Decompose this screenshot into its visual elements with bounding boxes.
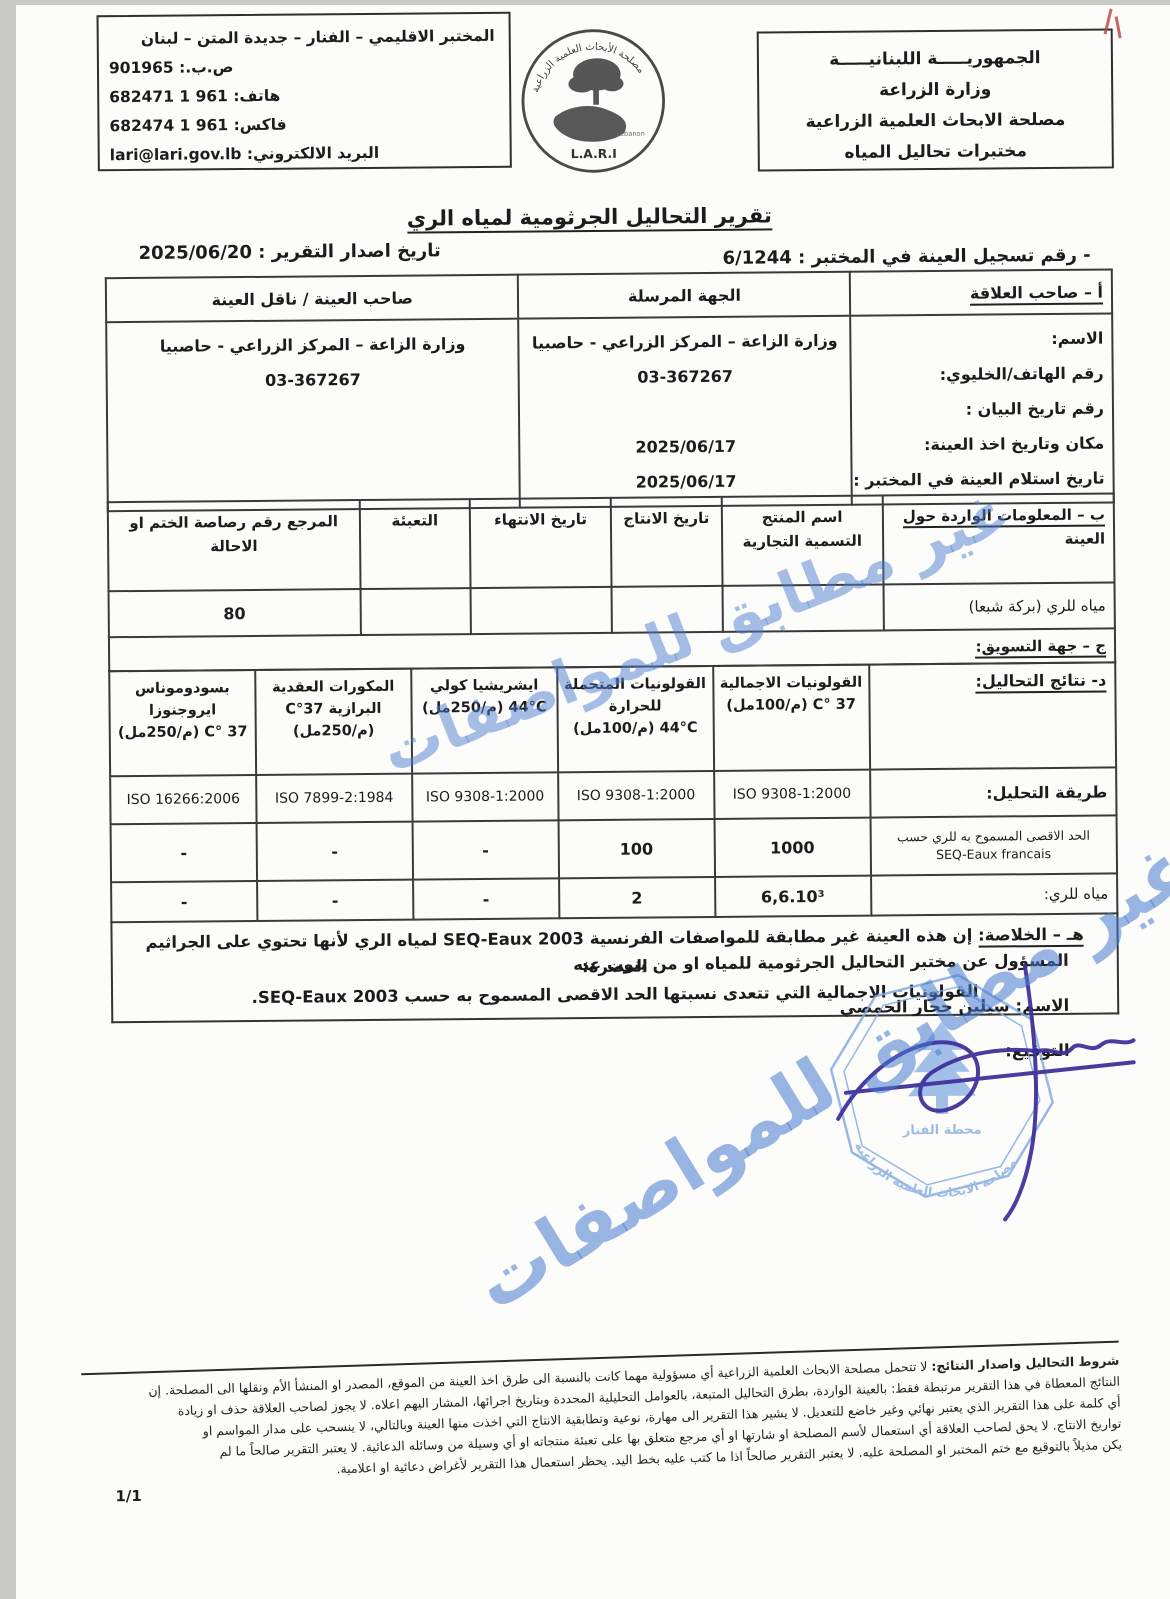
section-a-table: أ – صاحب العلاقة الجهة المرسلة صاحب العي… xyxy=(105,268,1115,512)
pen-mark xyxy=(1098,6,1128,46)
page-content: المختبر الاقليمي – الفنار – جديدة المتن … xyxy=(10,0,1170,1599)
section-d-heading: د- نتائج التحاليل: xyxy=(869,662,1116,769)
col-product-name: اسم المنتج التسمية التجارية xyxy=(721,495,883,585)
issue-date: تاريخ اصدار التقرير : 2025/06/20 xyxy=(138,240,440,264)
sender-values: وزارة الزاعة – المركز الزراعي - حاصبيا 0… xyxy=(519,316,853,508)
terms-footer: شروط التحاليل واصدار النتائج: لا تتحمل م… xyxy=(81,1341,1122,1488)
cedar-tree-icon xyxy=(568,58,624,105)
gov-header-box: الجمهوريـــــة اللبنانيـــــة وزارة الزر… xyxy=(757,28,1114,171)
limit-value: 1000 xyxy=(714,818,870,877)
col-production-date: تاريخ الانتاج xyxy=(611,497,722,587)
gov-line-labs: مختبرات تحاليل المياه xyxy=(766,136,1106,170)
result-value: - xyxy=(111,881,257,922)
gov-line-ministry: وزارة الزراعة xyxy=(765,74,1105,108)
section-a-labels: الاسم: رقم الهاتف/الخليوي: رقم تاريخ الب… xyxy=(851,313,1114,504)
logo-acronym: L.A.R.I xyxy=(571,147,617,161)
scanned-report-page: المختبر الاقليمي – الفنار – جديدة المتن … xyxy=(16,5,1170,1599)
reference-value: 80 xyxy=(109,589,361,637)
limit-value: - xyxy=(256,822,412,881)
gov-line-department: مصلحة الابحاث العلمية الزراعية xyxy=(765,105,1105,139)
method-label: طريقة التحليل: xyxy=(870,767,1117,817)
limit-label: الحد الاقصى المسموح به للري حسب SEQ-Eaux… xyxy=(870,815,1117,875)
section-a-heading: أ – صاحب العلاقة xyxy=(850,269,1112,315)
limit-value: 100 xyxy=(558,819,714,878)
lari-logo: مصلحة الأبحاث العلمية الزراعية Lebanon L… xyxy=(517,24,670,177)
result-value: - xyxy=(413,878,559,919)
result-value: 6,6.10³ xyxy=(715,876,871,917)
report-title: تقرير التحاليل الجرثومية لمياه الري xyxy=(12,200,1166,234)
lab-pobox: ص.ب.: 901965 xyxy=(109,51,495,83)
col-expiry-date: تاريخ الانتهاء xyxy=(470,498,612,588)
col-owner-header: صاحب العينة / ناقل العينة xyxy=(106,275,519,323)
lab-phone: هاتف: 961 1 682471 xyxy=(109,80,495,112)
result-value: 2 xyxy=(559,877,715,918)
signature-scrawl xyxy=(815,948,1148,1241)
lab-fax: فاكس: 961 1 682474 xyxy=(109,109,495,141)
method-value: ISO 9308-1:2000 xyxy=(714,770,870,819)
col-thermotolerant-coliforms: القولونيات المتحملةللحرارة44°C (م/100مل) xyxy=(557,666,714,772)
sample-info-and-results: ب – المعلومات الواردة حول العينة اسم الم… xyxy=(107,492,1120,1023)
lab-email: البريد الالكتروني: lari@lari.gov.lb xyxy=(110,138,496,170)
result-label: مياه للري: xyxy=(871,873,1118,915)
owner-values: وزارة الزاعة – المركز الزراعي - حاصبيا 0… xyxy=(106,319,520,512)
gov-line-republic: الجمهوريـــــة اللبنانيـــــة xyxy=(765,43,1105,77)
col-reference: المرجع رقم رصاصة الختم او الاحالة xyxy=(108,500,360,591)
method-value: ISO 16266:2006 xyxy=(110,775,256,824)
col-sender-header: الجهة المرسلة xyxy=(518,272,850,319)
lab-address: المختبر الاقليمي – الفنار – جديدة المتن … xyxy=(109,22,495,54)
method-value: ISO 9308-1:2000 xyxy=(412,772,558,821)
section-b-heading: ب – المعلومات الواردة حول العينة xyxy=(882,493,1114,584)
section-b-table: ب – المعلومات الواردة حول العينة اسم الم… xyxy=(107,492,1116,672)
section-d-results-table: د- نتائج التحاليل: القولونيات الاجمالية3… xyxy=(108,661,1118,923)
col-pseudomonas: بسودوموناسايروجنوزا37 °C (م/250مل) xyxy=(109,670,256,776)
col-e-coli: ايشريشيا كولي44°C (م/250مل) xyxy=(411,667,558,773)
col-total-coliforms: القولونيات الاجمالية37 °C (م/100مل) xyxy=(713,665,870,771)
limit-value: - xyxy=(412,820,558,879)
sample-registration: - رقم تسجيل العينة في المختبر : 6/1244 xyxy=(723,245,1091,269)
lebanon-map-icon xyxy=(553,106,626,142)
method-value: ISO 9308-1:2000 xyxy=(558,771,714,820)
lab-contact-box: المختبر الاقليمي – الفنار – جديدة المتن … xyxy=(97,12,512,172)
result-value: - xyxy=(257,880,413,921)
method-value: ISO 7899-2:1984 xyxy=(256,774,412,823)
page-number: 1/1 xyxy=(115,1487,142,1505)
logo-country: Lebanon xyxy=(616,130,645,138)
sample-name: مياه للري (بركة شبعا) xyxy=(883,582,1115,630)
col-fecal-streptococci: المكورات العقديةالبرازية 37°C(م/250مل) xyxy=(255,669,412,775)
col-packaging: التعبئة xyxy=(359,499,470,589)
limit-value: - xyxy=(111,823,257,882)
